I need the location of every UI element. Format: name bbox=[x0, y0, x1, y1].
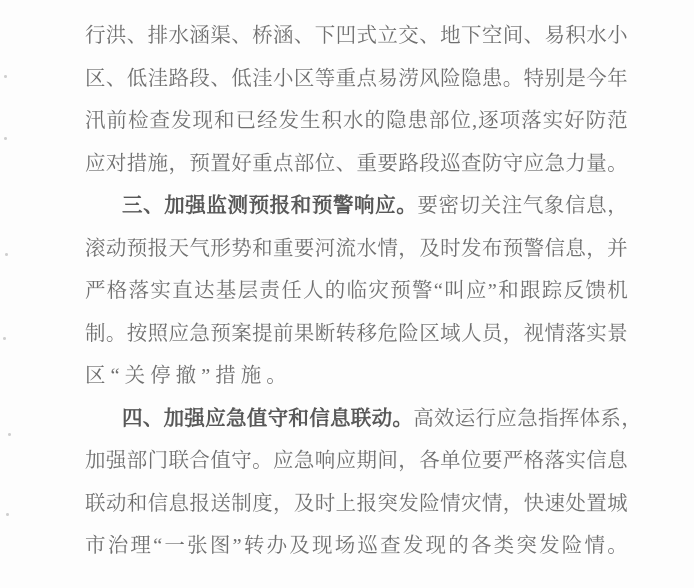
line-text: 要密切关注气象信息， bbox=[417, 195, 628, 217]
document-page: 行洪、排水涵渠、桥涵、下凹式立交、地下空间、易积水小 区、低洼路段、低洼小区等重… bbox=[0, 0, 694, 588]
paragraph-monitoring-warning: 三、加强监测预报和预警响应。要密切关注气象信息， 滚动预报天气形势和重要河流水情… bbox=[85, 185, 628, 398]
paragraph-emergency-duty: 四、加强应急值守和信息联动。高效运行应急指挥体系， 加强部门联合值守。应急响应期… bbox=[85, 398, 628, 568]
paragraph-flood-risk-sites: 行洪、排水涵渠、桥涵、下凹式立交、地下空间、易积水小 区、低洼路段、低洼小区等重… bbox=[85, 15, 628, 185]
doc-line: 区、低洼路段、低洼小区等重点易涝风险隐患。特别是今年 bbox=[85, 58, 628, 101]
doc-line: 市治理“一张图”转办及现场巡查发现的各类突发险情。 bbox=[85, 525, 628, 568]
doc-line: 区“关停撤”措施。 bbox=[85, 355, 628, 398]
doc-line: 加强部门联合值守。应急响应期间，各单位要严格落实信息 bbox=[85, 440, 628, 483]
doc-line: 滚动预报天气形势和重要河流水情，及时发布预警信息，并 bbox=[85, 228, 628, 271]
doc-line: 四、加强应急值守和信息联动。高效运行应急指挥体系， bbox=[85, 398, 628, 441]
doc-line: 严格落实直达基层责任人的临灾预警“叫应”和跟踪反馈机 bbox=[85, 270, 628, 313]
document-text-block: 行洪、排水涵渠、桥涵、下凹式立交、地下空间、易积水小 区、低洼路段、低洼小区等重… bbox=[85, 15, 628, 568]
doc-line: 联动和信息报送制度，及时上报突发险情灾情，快速处置城 bbox=[85, 483, 628, 526]
doc-line: 三、加强监测预报和预警响应。要密切关注气象信息， bbox=[85, 185, 628, 228]
doc-line: 行洪、排水涵渠、桥涵、下凹式立交、地下空间、易积水小 bbox=[85, 15, 628, 58]
doc-line: 制。按照应急预案提前果断转移危险区域人员，视情落实景 bbox=[85, 313, 628, 356]
scan-speck bbox=[8, 433, 11, 436]
scan-speck bbox=[4, 75, 7, 78]
section-heading-3: 三、加强监测预报和预警响应。 bbox=[122, 194, 417, 217]
doc-line: 汛前检查发现和已经发生积水的隐患部位,逐项落实好防范 bbox=[85, 100, 628, 143]
scan-speck bbox=[4, 137, 7, 140]
scan-speck bbox=[5, 253, 8, 256]
scan-speck bbox=[6, 513, 9, 516]
section-heading-4: 四、加强应急值守和信息联动。 bbox=[122, 407, 413, 430]
doc-line: 应对措施，预置好重点部位、重要路段巡查防守应急力量。 bbox=[85, 143, 628, 186]
line-text: 高效运行应急指挥体系， bbox=[413, 408, 642, 430]
scan-speck bbox=[3, 337, 6, 340]
